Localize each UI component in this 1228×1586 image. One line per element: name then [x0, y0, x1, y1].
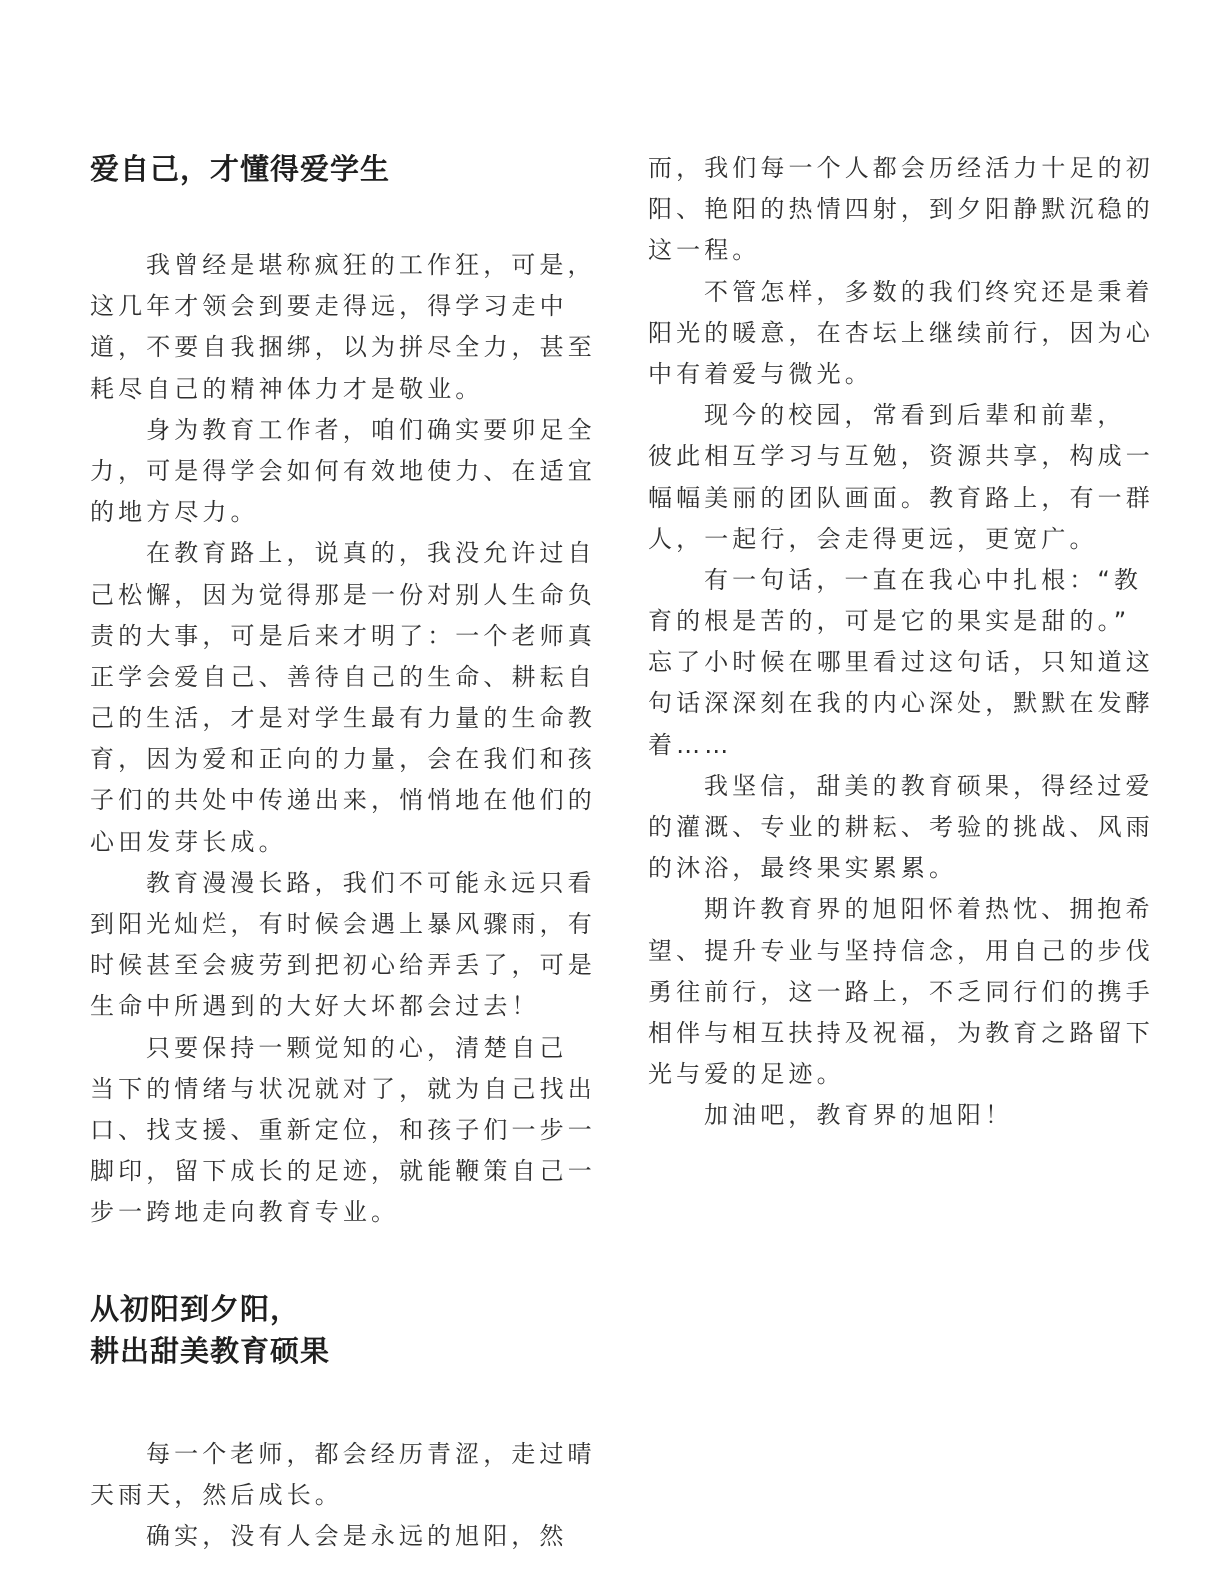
heading-line: 爱自己，才懂得爱学生: [90, 148, 580, 190]
text-line: 有一句话，一直在我心中扎根：“教: [648, 560, 1138, 601]
text-line: 口、找支援、重新定位，和孩子们一步一: [90, 1110, 580, 1151]
paragraph: 期许教育界的旭阳怀着热忱、拥抱希 望、提升专业与坚持信念，用自己的步伐 勇往前行…: [648, 889, 1138, 1095]
text-line: 忘了小时候在哪里看过这句话，只知道这: [648, 642, 1138, 683]
paragraph: 身为教育工作者，咱们确实要卯足全 力，可是得学会如何有效地使力、在适宜 的地方尽…: [90, 410, 580, 534]
heading-line: 从初阳到夕阳，: [90, 1288, 580, 1330]
text-line: 在教育路上，说真的，我没允许过自: [90, 533, 580, 574]
text-line: 道，不要自我捆绑，以为拼尽全力，甚至: [90, 327, 580, 368]
text-line: 句话深深刻在我的内心深处，默默在发酵: [648, 683, 1138, 724]
text-line: 脚印，留下成长的足迹，就能鞭策自己一: [90, 1151, 580, 1192]
text-line: 彼此相互学习与互勉，资源共享，构成一: [648, 436, 1138, 477]
paragraph: 每一个老师，都会经历青涩，走过晴 天雨天，然后成长。: [90, 1434, 580, 1516]
text-line: 育，因为爱和正向的力量，会在我们和孩: [90, 739, 580, 780]
text-line: 当下的情绪与状况就对了，就为自己找出: [90, 1069, 580, 1110]
text-line: 己的生活，才是对学生最有力量的生命教: [90, 698, 580, 739]
paragraph: 我坚信，甜美的教育硕果，得经过爱 的灌溉、专业的耕耘、考验的挑战、风雨 的沐浴，…: [648, 766, 1138, 890]
text-line: 现今的校园，常看到后辈和前辈，: [648, 395, 1138, 436]
text-line: 中有着爱与微光。: [648, 354, 1138, 395]
text-line: 的沐浴，最终果实累累。: [648, 848, 1138, 889]
text-line: 身为教育工作者，咱们确实要卯足全: [90, 410, 580, 451]
text-line: 我坚信，甜美的教育硕果，得经过爱: [648, 766, 1138, 807]
text-line: 光与爱的足迹。: [648, 1054, 1138, 1095]
paragraph: 加油吧，教育界的旭阳！: [648, 1095, 1138, 1136]
paragraph: 有一句话，一直在我心中扎根：“教 育的根是苦的，可是它的果实是甜的。” 忘了小时…: [648, 560, 1138, 766]
text-line: 相伴与相互扶持及祝福，为教育之路留下: [648, 1013, 1138, 1054]
paragraph: 现今的校园，常看到后辈和前辈， 彼此相互学习与互勉，资源共享，构成一 幅幅美丽的…: [648, 395, 1138, 560]
text-line: 生命中所遇到的大好大坏都会过去！: [90, 986, 580, 1027]
text-line: 每一个老师，都会经历青涩，走过晴: [90, 1434, 580, 1475]
text-line: 的灌溉、专业的耕耘、考验的挑战、风雨: [648, 807, 1138, 848]
text-line: 阳光的暖意，在杏坛上继续前行，因为心: [648, 313, 1138, 354]
text-line: 这几年才领会到要走得远，得学习走中: [90, 286, 580, 327]
paragraph: 确实，没有人会是永远的旭阳，然: [90, 1516, 580, 1557]
heading-line: 耕出甜美教育硕果: [90, 1330, 580, 1372]
left-column: 爱自己，才懂得爱学生 我曾经是堪称疯狂的工作狂，可是， 这几年才领会到要走得远，…: [90, 148, 580, 1557]
section-heading-sunrise-to-sunset: 从初阳到夕阳， 耕出甜美教育硕果: [90, 1288, 580, 1372]
text-line: 人，一起行，会走得更远，更宽广。: [648, 519, 1138, 560]
section-heading-love-yourself: 爱自己，才懂得爱学生: [90, 148, 580, 190]
paragraph: 在教育路上，说真的，我没允许过自 己松懈，因为觉得那是一份对别人生命负 责的大事…: [90, 533, 580, 863]
text-line: 己松懈，因为觉得那是一份对别人生命负: [90, 575, 580, 616]
text-line: 这一程。: [648, 230, 1138, 271]
text-line: 子们的共处中传递出来，悄悄地在他们的: [90, 780, 580, 821]
text-line: 心田发芽长成。: [90, 822, 580, 863]
text-line: 确实，没有人会是永远的旭阳，然: [90, 1516, 580, 1557]
text-line: 不管怎样，多数的我们终究还是秉着: [648, 272, 1138, 313]
paragraph: 不管怎样，多数的我们终究还是秉着 阳光的暖意，在杏坛上继续前行，因为心 中有着爱…: [648, 272, 1138, 396]
text-line: 的地方尽力。: [90, 492, 580, 533]
text-line: 加油吧，教育界的旭阳！: [648, 1095, 1138, 1136]
text-line: 时候甚至会疲劳到把初心给弄丢了，可是: [90, 945, 580, 986]
text-line: 育的根是苦的，可是它的果实是甜的。”: [648, 601, 1138, 642]
text-line: 教育漫漫长路，我们不可能永远只看: [90, 863, 580, 904]
text-line: 幅幅美丽的团队画面。教育路上，有一群: [648, 478, 1138, 519]
paragraph: 只要保持一颗觉知的心，清楚自己 当下的情绪与状况就对了，就为自己找出 口、找支援…: [90, 1028, 580, 1234]
text-line: 正学会爱自己、善待自己的生命、耕耘自: [90, 657, 580, 698]
text-line: 着……: [648, 725, 1138, 766]
text-line: 望、提升专业与坚持信念，用自己的步伐: [648, 931, 1138, 972]
text-line: 步一跨地走向教育专业。: [90, 1192, 580, 1233]
text-line: 勇往前行，这一路上，不乏同行们的携手: [648, 972, 1138, 1013]
paragraph: 而，我们每一个人都会历经活力十足的初 阳、艳阳的热情四射，到夕阳静默沉稳的 这一…: [648, 148, 1138, 272]
text-line: 而，我们每一个人都会历经活力十足的初: [648, 148, 1138, 189]
text-line: 力，可是得学会如何有效地使力、在适宜: [90, 451, 580, 492]
text-line: 天雨天，然后成长。: [90, 1475, 580, 1516]
text-line: 期许教育界的旭阳怀着热忱、拥抱希: [648, 889, 1138, 930]
text-line: 阳、艳阳的热情四射，到夕阳静默沉稳的: [648, 189, 1138, 230]
right-column: 而，我们每一个人都会历经活力十足的初 阳、艳阳的热情四射，到夕阳静默沉稳的 这一…: [648, 148, 1138, 1137]
text-line: 耗尽自己的精神体力才是敬业。: [90, 369, 580, 410]
text-line: 责的大事，可是后来才明了：一个老师真: [90, 616, 580, 657]
text-line: 只要保持一颗觉知的心，清楚自己: [90, 1028, 580, 1069]
paragraph: 教育漫漫长路，我们不可能永远只看 到阳光灿烂，有时候会遇上暴风骤雨，有 时候甚至…: [90, 863, 580, 1028]
paragraph: 我曾经是堪称疯狂的工作狂，可是， 这几年才领会到要走得远，得学习走中 道，不要自…: [90, 245, 580, 410]
text-line: 到阳光灿烂，有时候会遇上暴风骤雨，有: [90, 904, 580, 945]
text-line: 我曾经是堪称疯狂的工作狂，可是，: [90, 245, 580, 286]
